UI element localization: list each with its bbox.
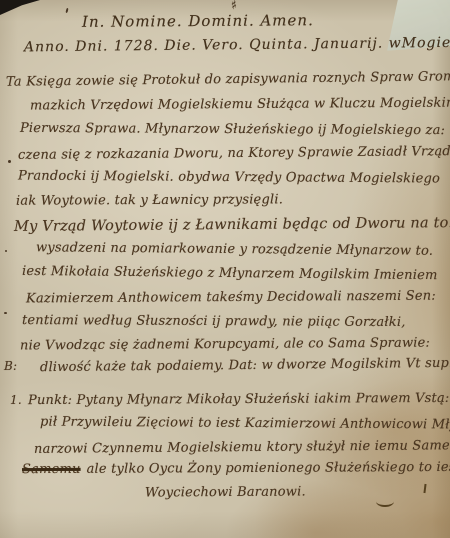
manuscript-line: Ta Księga zowie się Protokuł do zapisywa… bbox=[6, 69, 450, 90]
dark-corner-shadow bbox=[0, 0, 40, 15]
manuscript-line: Punkt: Pytany Młynarz Mikołay Służeński … bbox=[28, 391, 450, 408]
manuscript-line: tentiami według Słuszności ij prawdy, ni… bbox=[22, 313, 406, 330]
manuscript-line: Kazimierzem Anthowicem takeśmy Decidowal… bbox=[26, 289, 436, 307]
margin-number: 1. bbox=[10, 393, 22, 407]
stray-ink-mark bbox=[423, 484, 426, 493]
struck-out-word: Samemu bbox=[22, 462, 81, 477]
stray-ink-mark bbox=[376, 496, 394, 507]
manuscript-line-text: ale tylko Oycu Żony pomienionego Służeńs… bbox=[87, 460, 450, 477]
insertion-mark: ♯ bbox=[230, 0, 238, 12]
manuscript-line: iest Mikołaia Służeńskiego z Młynarzem M… bbox=[22, 264, 438, 283]
closing-names-line: Woyciechowi Baranowi. bbox=[145, 484, 306, 500]
manuscript-line: mazkich Vrzędowi Mogielskiemu Służąca w … bbox=[30, 95, 450, 113]
manuscript-line: narzowi Czynnemu Mogielskiemu ktory służ… bbox=[34, 438, 450, 457]
manuscript-page: ♯ In. Nomine. Domini. Amen. Anno. Dni. 1… bbox=[0, 0, 450, 538]
ink-speck bbox=[4, 312, 7, 314]
manuscript-line: Prandocki ij Mogielski. obydwa Vrzędy Op… bbox=[18, 169, 440, 187]
manuscript-line: iak Woytowie. tak y Ławnicy przysięgli. bbox=[16, 192, 283, 208]
margin-mark-b: B: bbox=[4, 359, 17, 373]
manuscript-line: Pierwsza Sprawa. Młynarzow Służeńskiego … bbox=[20, 121, 445, 138]
manuscript-line: Samemuale tylko Oycu Żony pomienionego S… bbox=[22, 460, 450, 477]
header-line-invocation: In. Nomine. Domini. Amen. bbox=[82, 11, 314, 31]
manuscript-line: nie Vwodząc się żadnemi Korupcyami, ale … bbox=[20, 336, 430, 354]
manuscript-line: wysadzeni na pomiarkowanie y rozsądzenie… bbox=[36, 240, 433, 258]
manuscript-line: czena się z rozkazania Dworu, na Ktorey … bbox=[18, 144, 450, 163]
ink-speck bbox=[5, 250, 7, 252]
manuscript-line: pił Przywileiu Zięciowi to iest Kazimier… bbox=[40, 415, 450, 433]
manuscript-line: My Vrząd Woytowie ij z Ławnikami będąc o… bbox=[14, 215, 450, 235]
ink-speck bbox=[65, 8, 68, 13]
ink-speck bbox=[8, 160, 11, 163]
header-line-date: Anno. Dni. 1728. Die. Vero. Quinta. Janu… bbox=[24, 35, 450, 56]
manuscript-line: dliwość każe tak podaiemy. Dat: w dworze… bbox=[40, 356, 450, 375]
